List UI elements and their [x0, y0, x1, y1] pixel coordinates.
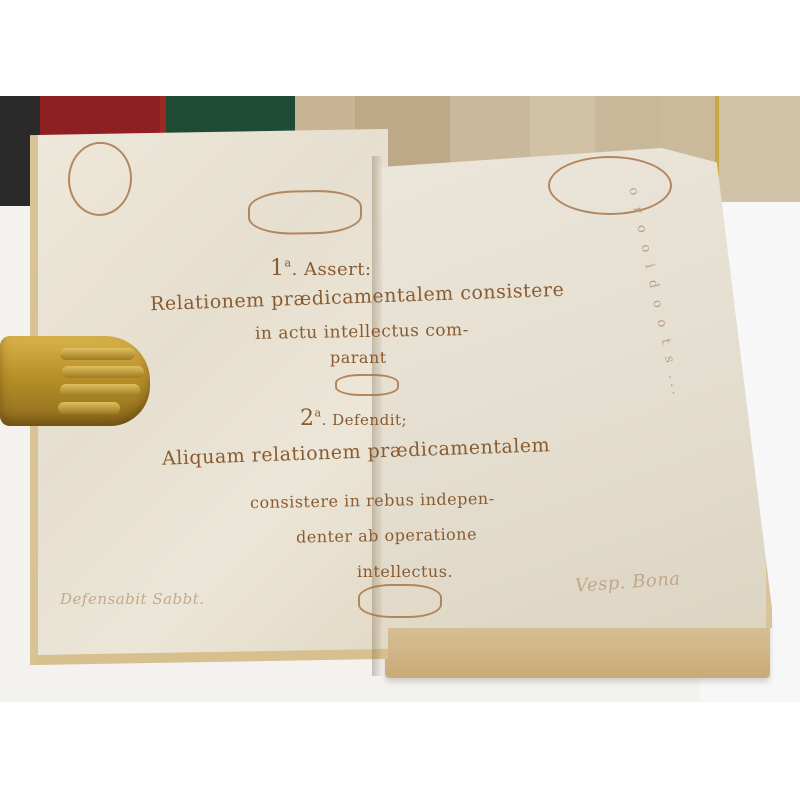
- thesis-1-line-2: in actu intellectus com-: [255, 320, 469, 344]
- scroll-flourish-icon: [248, 189, 362, 235]
- thesis-2-number: 2a. Defendit;: [300, 406, 407, 431]
- right-page: [378, 148, 772, 628]
- thesis-2-line-3: denter ab operatione: [296, 524, 477, 546]
- finger-shape: [60, 384, 140, 396]
- finger-shape: [60, 348, 135, 360]
- divider-flourish-icon: [335, 374, 399, 396]
- thesis-1-number: 1a. Assert:: [270, 256, 372, 281]
- finger-shape: [62, 366, 144, 378]
- corner-flourish-icon: [548, 156, 672, 215]
- finger-shape: [58, 402, 120, 414]
- book-photograph: 1a. Assert: Relationem prædicamentalem c…: [0, 96, 800, 702]
- corner-flourish-icon: [68, 141, 132, 216]
- thesis-2-line-4: intellectus.: [357, 562, 453, 581]
- bottom-flourish-icon: [358, 584, 442, 618]
- brass-hand-bookend-icon: [0, 336, 150, 426]
- signature-left: Defensabit Sabbt.: [60, 590, 205, 608]
- thesis-1-line-3: parant: [330, 348, 387, 367]
